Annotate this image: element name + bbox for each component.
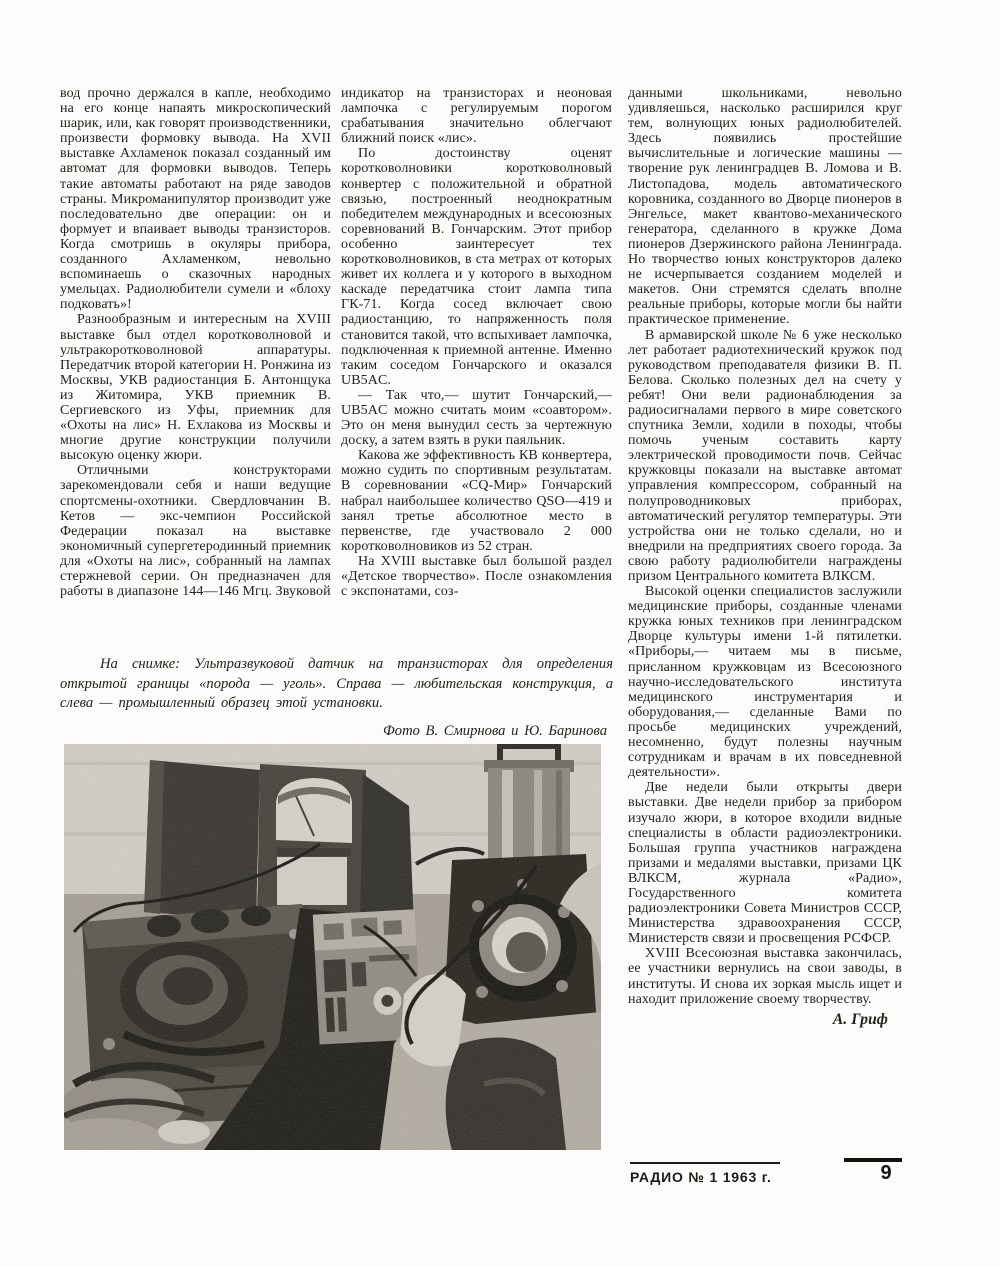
magazine-page: вод прочно держался в капле, необходимо …	[0, 0, 1000, 1267]
paragraph: данными школьниками, невольно удивляешьс…	[628, 86, 902, 328]
page-footer: РАДИО № 1 1963 г. 9	[630, 1158, 902, 1187]
photo-credit: Фото В. Смирнова и Ю. Баринова	[60, 723, 607, 740]
paragraph: XVIII Всесоюзная выставка закончилась, е…	[628, 946, 902, 1006]
text-column-1: вод прочно держался в капле, необходимо …	[60, 86, 331, 654]
footer-rule	[630, 1162, 780, 1164]
paragraph: Разнообразным и интересным на XVIII выст…	[60, 312, 331, 463]
paragraph: — Так что,— шутит Гончарский,— UB5AC мож…	[341, 388, 612, 448]
page-number-rule	[844, 1158, 902, 1162]
footer-page-block: 9	[844, 1158, 902, 1184]
paragraph: На XVIII выставке был большой раздел «Де…	[341, 554, 612, 599]
paragraph: индикатор на транзисторах и неоновая лам…	[341, 86, 612, 146]
magazine-issue-label: РАДИО № 1 1963 г.	[630, 1169, 772, 1185]
paragraph: вод прочно держался в капле, необходимо …	[60, 86, 331, 312]
paragraph: Какова же эффективность КВ конвертера, м…	[341, 448, 612, 554]
paragraph: Отличными конструкторами зарекомендовали…	[60, 463, 331, 599]
paragraph: В армавирской школе № 6 уже несколько ле…	[628, 328, 902, 585]
text-column-2: индикатор на транзисторах и неоновая лам…	[341, 86, 612, 654]
page-number: 9	[854, 1163, 891, 1183]
caption-text: На снимке: Ультразвуковой датчик на тран…	[60, 655, 613, 714]
paragraph: Высокой оценки специалистов заслужили ме…	[628, 584, 902, 780]
paragraph: По достоинству оценят коротковолновики к…	[341, 146, 612, 388]
paragraph: Две недели были открыты двери выставки. …	[628, 780, 902, 946]
text-column-3: данными школьниками, невольно удивляешьс…	[628, 86, 902, 1142]
equipment-photo	[64, 744, 601, 1150]
author-signature: А. Гриф	[628, 1012, 902, 1027]
photo-caption: На снимке: Ультразвуковой датчик на тран…	[60, 655, 613, 740]
footer-magazine-block: РАДИО № 1 1963 г.	[630, 1158, 800, 1187]
